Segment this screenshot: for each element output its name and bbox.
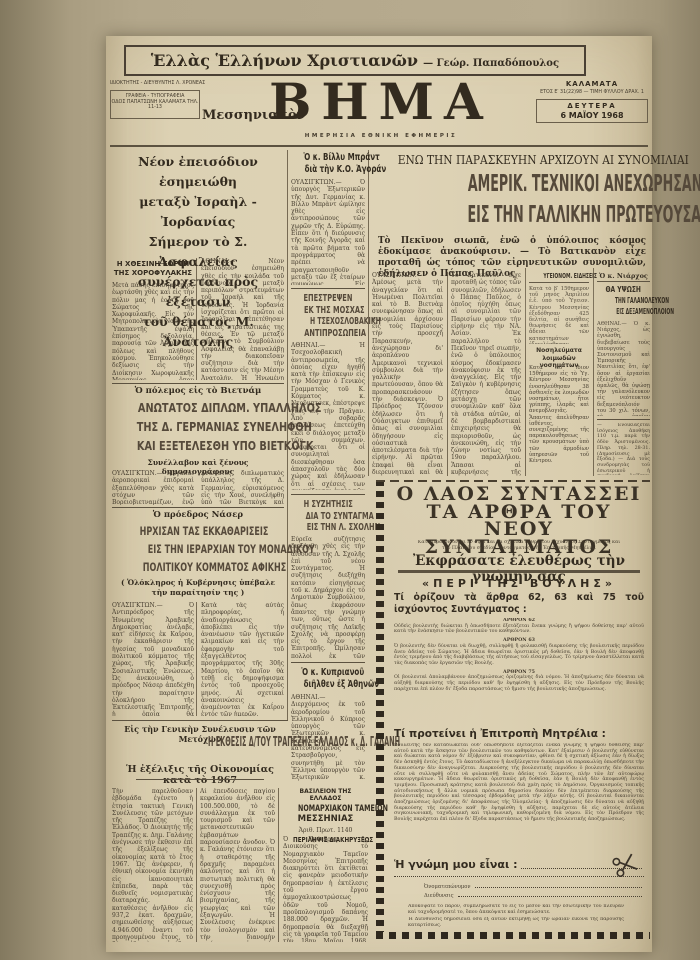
newspaper-subtitle: ΗΜΕΡΗΣΙΑ ΕΘΝΙΚΗ ΕΦΗΜΕΡΙΣ	[261, 133, 501, 139]
constitution-coupon: Ο ΛΑΟΣ ΣΥΝΤΑΣΣΕΙ ΤΑ ΑΡΘΡΑ ΤΟΥ ΝΕΟΥ ΣΥΝΤΑ…	[374, 480, 650, 948]
prefecture-line3: ΜΕΣΣΗΝΙΑΣ	[283, 814, 368, 824]
address-field-label: Διεύθυνσις	[424, 893, 454, 899]
motto-text: Ἑλλὰς Ἑλλήνων Χριστιανῶν	[151, 51, 418, 70]
paris-kicker: ΕΝΩ ΤΗΝ ΠΑΡΑΣΚΕΥΗΝ ΑΡΧΙΖΟΥΝ ΑΙ ΣΥΝΟΜΙΛΙΑ…	[372, 152, 650, 167]
health-body2: Κατὰ τὸ ἴδιον 15θήμερον εἰς τὸ Ὑγ. Κέντρ…	[529, 365, 589, 475]
owner-line: ΙΔΙΟΚΤΗΤΗΣ - ΔΙΕΥΘΥΝΤΗΣ Λ. ΧΡΟΝΕΑΣ	[110, 81, 220, 87]
section-rule	[112, 383, 284, 384]
niarchos-headline: ΘΑ ΥΨΩΣΗ ΤΗΝ ΓΑΛΑΝΟΛΕΥΚΟΝ ΕΙΣ ΔΕΞΑΜΕΝΟΠΛ…	[597, 284, 650, 317]
date-box: ΔΕΥΤΕΡΑ 6 ΜΑΪΟΥ 1968	[536, 99, 648, 123]
coupon-note: Κατωτέρω δίδονται ἐν ὄψει καὶ τὰ σχετικὰ…	[414, 540, 624, 552]
coupon-border-left	[376, 480, 384, 932]
coupon-border-bottom	[376, 932, 650, 939]
vietnam-kicker: Ὁ πόλεμος εἰς τὸ Βιετνάμ	[112, 386, 284, 396]
health-headline: ΥΓΕΙΟΝΟΜ. ΕΙΔΗΣΕΙΣ	[529, 272, 589, 283]
office-box: ΓΡΑΦΕΙΑ - ΤΥΠΟΓΡΑΦΕΙΑ ΟΔΟΣ ΠΑΠΑΤΣΩΝΗ ΚΑΛ…	[110, 90, 200, 119]
section-rule	[291, 288, 365, 289]
address-field-row: Διεύθυνσις	[424, 893, 644, 899]
article-75-text: Οἱ βουλευταὶ ἀπολαμβάνουν ἀποζημιώσεως ὁ…	[394, 675, 644, 692]
newspaper-page: Ἑλλὰς Ἑλλήνων Χριστιανῶν — Γεώρ. Παπαδόπ…	[106, 36, 652, 952]
opinion-row: Ἡ γνώμη μου εἶναι :	[394, 858, 644, 871]
vietnam-body-col1: ΟΥΑΣΙΓΚΤΩΝ.— Μεγάλαι ἀεροπορικαὶ ἐπιδρομ…	[112, 470, 194, 505]
column-rule	[593, 268, 594, 476]
school-body: Εὐρεῖα συζήτησις διεξήχθη χθὲς εἰς τὴν α…	[291, 536, 365, 658]
coupon-proposal-title: Τί προτείνει ἡ Ἐπιτροπὴ Μητρέλια :	[394, 728, 644, 740]
bank-subhead: Ἡ ἐξέλιξις τῆς Οἰκονομίας κατὰ τὸ 1967	[112, 764, 288, 786]
office-line2: ΟΔΟΣ ΠΑΠΑΤΣΩΝΗ ΚΑΛΑΜΑΤΑ ΤΗΛ. 11-13	[111, 100, 199, 111]
nasser-headline: ΗΡΧΙΣΑΝ ΤΑΣ ΕΚΚΑΘΑΡΙΣΕΙΣ ΕΙΣ ΤΗΝ ΙΕΡΑΡΧΙ…	[112, 522, 284, 576]
name-field-row: Ὀνοματεπώνυμον	[424, 884, 644, 890]
coupon-footnote-1: Ἀποκόψατε τὸ παρόν, συμπληρώσατέ το εἰς …	[408, 904, 624, 916]
motto-author: — Γεώρ. Παπαδόπουλος	[423, 58, 559, 69]
date-full: 6 ΜΑΪΟΥ 1968	[537, 111, 647, 120]
newspaper-title: ΒΗΜΑ	[261, 76, 501, 128]
bank-body-col2: Αἱ ἐπενδύσεις παγίου κεφαλαίου ἀνῆλθον ε…	[200, 788, 275, 942]
nasser-kicker: Ὁ πρόεδρος Νάσερ	[112, 510, 284, 520]
coupon-cta-rule	[398, 570, 640, 573]
classifieds: — Ἐνοικιάζεται ἰσόγειος ἀποθήκη 110 τ.μ.…	[597, 423, 650, 475]
paris-headline: ΑΜΕΡΙΚ. ΤΕΧΝΙΚΟΙ ΑΝΕΧΩΡΗΣΑΝ ΕΙΣ ΤΗΝ ΓΑΛΛ…	[372, 169, 650, 231]
opinion-write-line	[394, 876, 644, 877]
coupon-articles: ΑΡΘΡΟΝ 62 Οὐδεὶς βουλευτὴς διώκεται ἢ ὁπ…	[394, 618, 644, 726]
israel-body: ΑΘΗΝΑΙ.— Νέον ἐπεισόδιον ἐσημειώθη χθὲς …	[201, 258, 284, 380]
coupon-section-title: «ΠΕΡΙ ΤΗΣ ΒΟΥΛΗΣ»	[392, 577, 646, 590]
section-rule	[291, 662, 365, 663]
address-field-line	[458, 896, 642, 897]
niarchos-body: ΑΘΗΝΑΙ.— Ὁ κ. Νιάρχος, ὡς ἐγνώσθη, διεβε…	[597, 321, 650, 416]
coupon-border-top	[376, 480, 650, 482]
feast-body: Μετὰ πάσης ἐπισημότητος ἑωρτάσθη χθὲς κα…	[112, 282, 194, 380]
name-field-label: Ὀνοματεπώνυμον	[424, 884, 471, 890]
nasser-body-col1: ΟΥΑΣΙΓΚΤΩΝ.— Ὁ Ἀντιπρόεδρος τῆς Ἡνωμένης…	[112, 602, 194, 716]
section-rule	[112, 507, 284, 508]
vietnam-body-col2: Ἀνώτατος διπλωματικὸς ὑπάλληλος τῆς Δ. Γ…	[201, 470, 284, 505]
niarchos-kicker: Ὁ κ. Νιάρχος	[597, 272, 650, 282]
school-headline: Η ΣΥΖΗΤΗΣΙΣ ΔΙΑ ΤΟ ΣΥΝΤΑΓΜΑ ΕΙΣ ΤΗΝ Λ. Σ…	[291, 499, 365, 534]
brandt-headline: Ὁ κ. Βίλλυ Μπράντ διὰ τὴν Κ.Ο. Ἀγοράν	[291, 152, 365, 176]
health-body1: Κατὰ τὸ β′ 15θήμερον τοῦ μηνὸς Ἀπριλίου …	[529, 286, 589, 344]
coupon-question: Τί ὁρίζουν τὰ ἄρθρα 62, 63 καὶ 75 τοῦ ἰσ…	[394, 592, 644, 615]
column-rule	[196, 788, 197, 942]
kyprianou-headline: Ὁ κ. Κυπριανοῦ διῆλθεν ἐξ Ἀθηνῶν	[291, 667, 365, 691]
prefecture-line2: ΝΟΜΑΡΧΙΑΚΟΝ ΤΑΜΕΙΟΝ	[283, 804, 368, 814]
coupon-footnote-2: Ἡ Διεύθυνσις δημοσιεύει ὅσα ἐξ αὐτῶν ἐκτ…	[408, 917, 624, 929]
moscow-headline: ΕΠΕΣΤΡΕΨΕΝ ΕΚ ΤΗΣ ΜΟΣΧΑΣ Η ΤΣΕΧΟΣΛΟΒΑΚΙΚ…	[291, 293, 365, 339]
issue-block: ΚΑΛΑΜΑΤΑ ΕΤΟΣ Ε′ 31(22)98 — ΤΙΜΗ ΦΥΛΛΟΥ …	[536, 80, 648, 123]
section-rule	[112, 720, 288, 721]
brandt-body: ΟΥΑΣΙΓΚΤΩΝ.— Ὁ ὑπουργὸς Ἐξωτερικῶν τῆς Δ…	[291, 179, 365, 285]
article-63-text: Ὁ βουλευτὴς δὲν δύναται νὰ διωχθῇ, συλλη…	[394, 644, 644, 667]
nasser-body-col2: Κατὰ τὰς αὐτὰς πληροφορίας, ἡ ἀναδιοργάν…	[201, 602, 284, 716]
nasser-subhead: ( Ὁλόκληρος ἡ Κυβέρνησις ὑπέβαλε τὴν παρ…	[112, 578, 284, 597]
prefecture-protocol: Ἀριθ. Πρωτ. 1140	[283, 827, 368, 834]
name-field-line	[475, 887, 642, 888]
column-rule	[525, 268, 526, 476]
bank-body-col1: Τὴν παρελθοῦσαν ἑβδομάδα ἐγένετο ἡ ἐτησί…	[112, 788, 193, 942]
column-rule	[196, 602, 197, 716]
prefecture-line1: ΒΑΣΙΛΕΙΟΝ ΤΗΣ ΕΛΛΑΔΟΣ	[283, 788, 368, 802]
paris-body-col1: ΟΥΑΣΙΓΚΤΩΝ.— Ἀμέσως μετὰ τὴν ἀναγγελίαν …	[372, 272, 443, 476]
article-62-text: Οὐδεὶς βουλευτὴς διώκεται ἢ ὁπωσδήποτε ἐ…	[394, 624, 644, 635]
city-label: ΚΑΛΑΜΑΤΑ	[536, 80, 648, 88]
feast-headline: Η ΧΘΕΣΙΝΗ ΕΟΡΤΗ ΤΗΣ ΧΟΡΟΦΥΛΑΚΗΣ	[112, 260, 194, 278]
date-day: ΔΕΥΤΕΡΑ	[537, 102, 647, 110]
opinion-label: Ἡ γνώμη μου εἶναι :	[394, 858, 517, 871]
prefecture-body: Ὁ Πρόεδρος τῆς Διοικούσης τὸ Νομαρχιακὸν…	[283, 836, 368, 942]
paris-body-col2: Τὸ Βατικανὸν εἶχε προταθῆ ὡς τόπος τῶν σ…	[451, 272, 521, 476]
vietnam-headline: ΑΝΩΤΑΤΟΣ ΔΙΠΛΩΜ. ΥΠΑΛΛΗΛΟΣ ΤΗΣ Δ. ΓΕΡΜΑΝ…	[112, 398, 284, 455]
issue-line: ΕΤΟΣ Ε′ 31(22)98 — ΤΙΜΗ ΦΥΛΛΟΥ ΔΡΑΧ. 1	[536, 90, 648, 96]
section-rule	[291, 494, 365, 495]
section-rule	[597, 419, 650, 420]
column-rule	[368, 150, 369, 476]
column-rule	[278, 788, 279, 942]
masthead-rule	[110, 145, 648, 147]
section-rule	[136, 779, 264, 780]
coupon-proposal-text: Βουλευτὴς δὲν καταδιώκεται οὐδ' ὁπωσδήπο…	[394, 743, 644, 853]
column-rule	[447, 272, 448, 476]
bank-headline: Η ΕΚΘΕΣΙΣ Δ/ΤΟΥ ΤΡΑΠΕΖΗΣ ΕΛΛΑΔΟΣ κ. Δ. Γ…	[112, 735, 288, 750]
moscow-body: ΑΘΗΝΑΙ.— Ἡ Τσεχοσλοβακικὴ ἀντιπροσωπεία,…	[291, 342, 365, 490]
